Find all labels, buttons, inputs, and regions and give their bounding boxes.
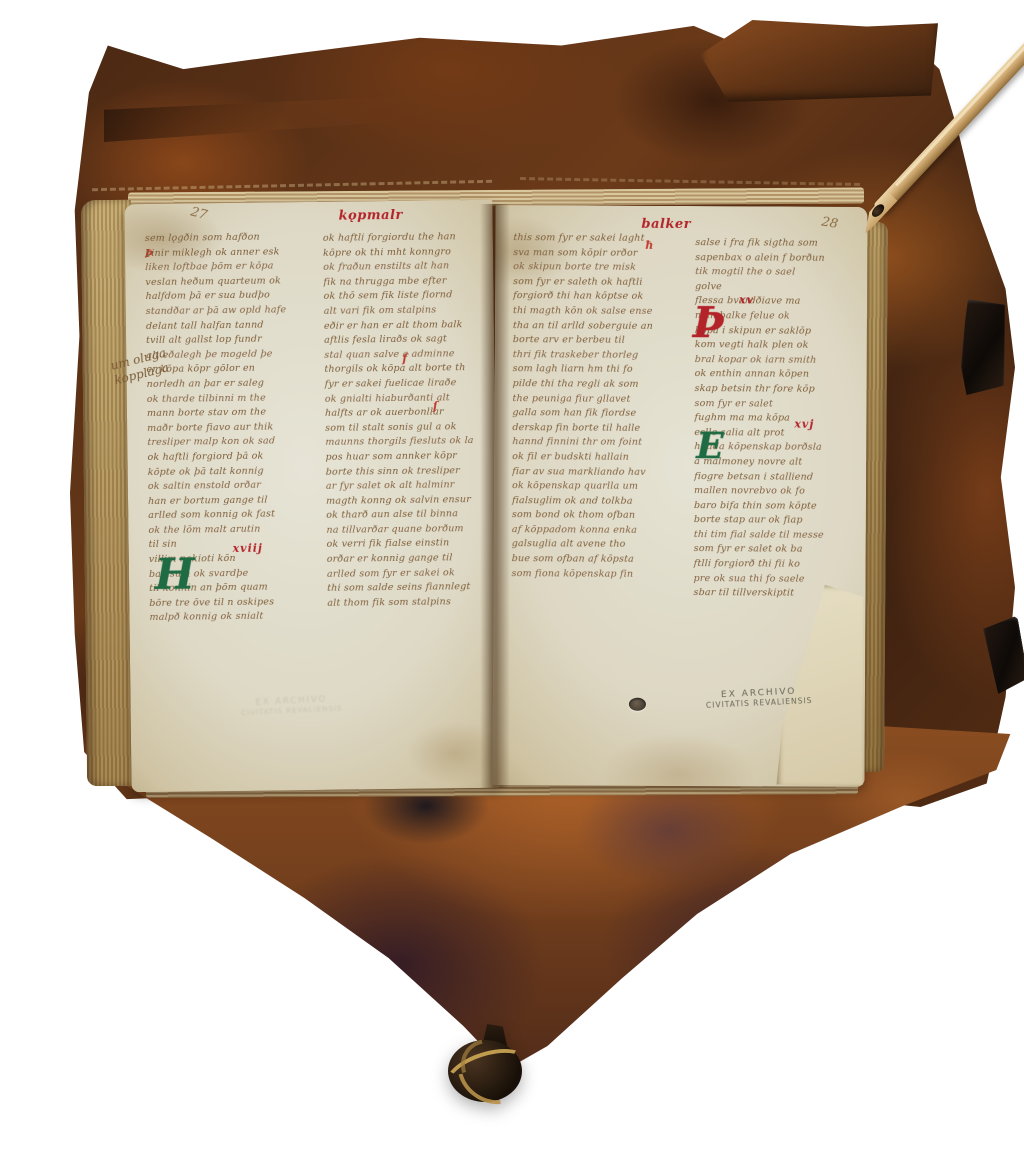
- manuscript-page-right: 28 balker ħ this som fyr er sakei laghts…: [492, 205, 867, 787]
- manuscript-line: thi tim fial salde til messe: [693, 528, 856, 543]
- manuscript-line: pos huar som annker kōpr: [325, 449, 487, 466]
- manuscript-line: bral kopar ok iarn smith: [694, 353, 857, 368]
- manuscript-line: som fyr er salet ok ba: [694, 543, 856, 558]
- manuscript-line: sbar til tillverskiptit: [693, 586, 856, 601]
- clasp-strap-upper: [960, 299, 1009, 397]
- paragraph-mark-2: ſ: [433, 400, 438, 411]
- photograph-medieval-manuscript: 27 kǫpmalr Þ sem lǫgðin som hafðonþinir …: [0, 0, 1024, 1169]
- manuscript-line: golve: [695, 280, 857, 295]
- parchment-hole: [629, 698, 646, 711]
- manuscript-line: pilde thi tha regli ak som: [512, 377, 685, 392]
- folio-number-right: 28: [820, 215, 839, 231]
- manuscript-line: fialsuglim ok and tolkba: [512, 494, 685, 509]
- text-column-2-right: salse i fra fik sigtha somsapenbax o ale…: [693, 236, 857, 602]
- running-title-right: balker: [641, 218, 691, 231]
- manuscript-line: ok kōpenskap quarlla um: [512, 479, 684, 494]
- manuscript-line: ar fyr salet ok alt halminr: [326, 478, 488, 495]
- green-initial-e: E: [696, 428, 724, 464]
- manuscript-line: ok skipun borte tre misk: [513, 260, 686, 275]
- manuscript-line: ftlli forgiorð thi fii ko: [693, 557, 856, 572]
- leather-fold-corner: [700, 20, 938, 102]
- text-column-2-left: ok haftli forgiordu the hankōpre ok thi …: [323, 230, 490, 611]
- manuscript-line: som fiona kōpenskap fin: [512, 567, 684, 582]
- book-gutter-shadow: [480, 204, 510, 788]
- manuscript-line: aftlis fesla liraðs ok sagt: [324, 332, 486, 349]
- manuscript-line: salse i fra fik sigtha som: [695, 236, 858, 251]
- manuscript-line: baro bifa thin som kōpte: [694, 499, 857, 514]
- chapter-numeral-xvj: xvj: [794, 419, 814, 430]
- manuscript-line: fiar av sua markliando hav: [512, 465, 685, 480]
- manuscript-line: tik mogtil the o sael: [695, 265, 858, 280]
- chapter-numeral-xv: xv: [739, 294, 754, 305]
- manuscript-line: borte arv er berbeu til: [513, 333, 685, 348]
- manuscript-line: som lagh liarn hm thi fo: [513, 362, 685, 377]
- manuscript-line: the peuniga fiur gllavet: [512, 392, 684, 407]
- manuscript-line: galla som han fik fiordse: [512, 406, 685, 421]
- manuscript-line: borte stap aur ok fiap: [694, 513, 856, 528]
- paragraph-mark-1: ſ: [402, 353, 407, 364]
- manuscript-line: thri fik traskeber thorleg: [512, 348, 685, 363]
- green-initial-h: H: [155, 553, 195, 595]
- running-title-left: kǫpmalr: [339, 209, 403, 223]
- folio-number-left: 27: [189, 205, 208, 222]
- manuscript-line: standðar ar þā aw opld hafe: [146, 303, 316, 320]
- manuscript-line: som fyr er salet: [694, 397, 856, 412]
- manuscript-line: som bond ok thom ofban: [512, 508, 684, 523]
- manuscript-line: alt thom fik som stalpins: [327, 595, 489, 612]
- manuscript-line: ok enthin annan kōpen: [695, 367, 857, 382]
- offset-stamp-faint: EX ARCHIVO CIVITATIS REVALIENSIS: [229, 694, 353, 718]
- manuscript-line: af kōppadom konna enka: [511, 523, 684, 538]
- manuscript-line: malpð konnig ok snialt: [149, 609, 320, 626]
- manuscript-line: galsuglia alt avene tho: [512, 538, 684, 553]
- manuscript-line: fiogre betsan i stalliend: [694, 470, 857, 485]
- manuscript-line: bue som ofban af kōpsta: [511, 552, 684, 567]
- red-initial-thorn: Þ: [693, 302, 725, 344]
- manuscript-line: hannd finnini thr om foint: [512, 435, 685, 450]
- manuscript-page-left: 27 kǫpmalr Þ sem lǫgðin som hafðonþinir …: [124, 200, 499, 792]
- manuscript-line: som fyr er saleth ok haftli: [513, 275, 685, 290]
- manuscript-line: mallen novrebvo ok fo: [694, 484, 856, 499]
- manuscript-line: ok saltin enstold orðar: [148, 478, 318, 495]
- manuscript-line: pre ok sua thi fo saele: [694, 572, 856, 587]
- leather-knot: [438, 1024, 546, 1110]
- manuscript-line: this som fyr er sakei laght: [513, 231, 686, 246]
- chapter-numeral-xviii: xviij: [233, 543, 263, 554]
- manuscript-line: sva man som kōpir orðor: [513, 246, 685, 261]
- manuscript-line: ok fil er budskti hallain: [512, 450, 684, 465]
- manuscript-line: derskap fin borte til halle: [512, 421, 684, 436]
- text-column-1-right: this som fyr er sakei laghtsva man som k…: [512, 231, 686, 582]
- manuscript-line: thi magth kōn ok salse ense: [513, 304, 685, 319]
- manuscript-line: tha an til arlld soberguie an: [512, 319, 685, 334]
- manuscript-line: skap betsin thr fore kōp: [694, 382, 857, 397]
- manuscript-line: sapenbax o alein f borðun: [695, 251, 857, 266]
- manuscript-line: alt vari fik om stalpins: [324, 303, 486, 320]
- manuscript-line: forgiorð thi han kōptse ok: [513, 290, 686, 305]
- manuscript-line: ok haftli forgiord þā ok: [147, 449, 317, 466]
